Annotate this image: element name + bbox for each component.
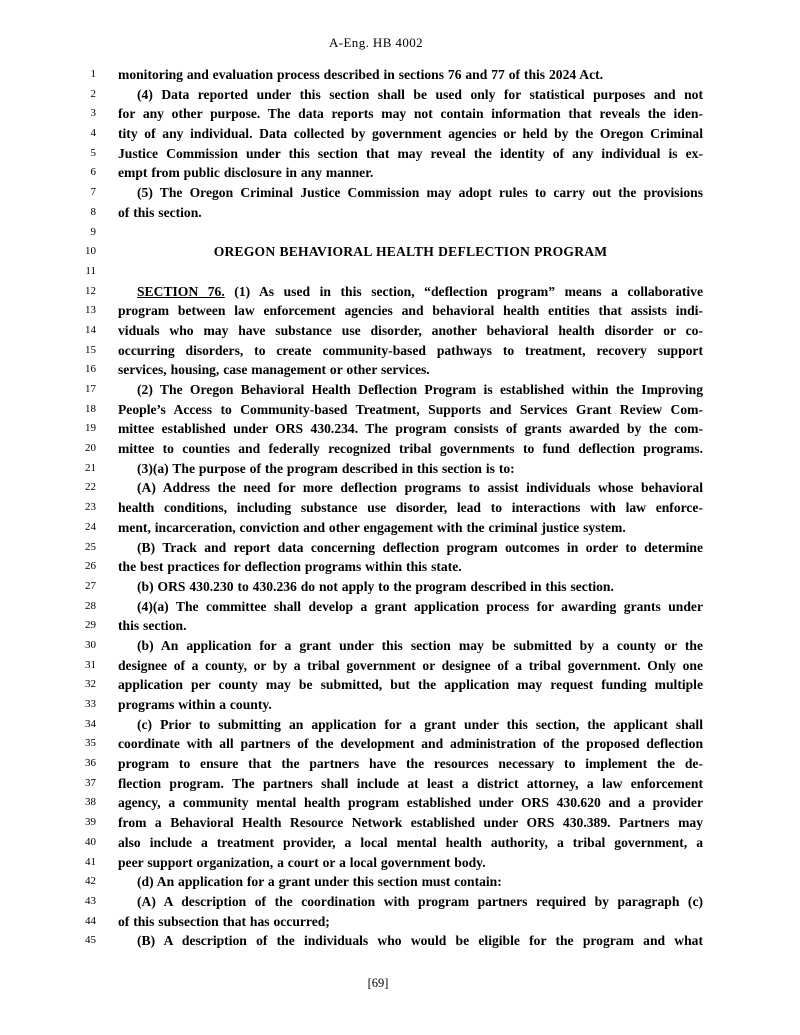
- line-text: flection program. The partners shall inc…: [118, 774, 703, 794]
- line-text: [118, 262, 703, 282]
- line-text: from a Behavioral Health Resource Networ…: [118, 813, 703, 833]
- document-line: 40 also include a treatment provider, a …: [0, 833, 800, 853]
- line-text: (b) An application for a grant under thi…: [118, 636, 703, 656]
- document-line: 23 health conditions, including substanc…: [0, 498, 800, 518]
- line-number: 17: [0, 380, 96, 400]
- line-text: of this section.: [118, 203, 703, 223]
- document-line: 24 ment, incarceration, conviction and o…: [0, 518, 800, 538]
- line-number: 26: [0, 557, 96, 577]
- line-number: 6: [0, 163, 96, 183]
- document-line: 31 designee of a county, or by a tribal …: [0, 656, 800, 676]
- document-lines: 1 monitoring and evaluation process desc…: [0, 65, 800, 951]
- line-text: services, housing, case management or ot…: [118, 360, 703, 380]
- document-line: 26 the best practices for deflection pro…: [0, 557, 800, 577]
- line-text: (d) An application for a grant under thi…: [118, 872, 703, 892]
- line-number: 11: [0, 262, 96, 282]
- document-page: A-Eng. HB 4002 1 monitoring and evaluati…: [0, 0, 800, 1035]
- line-number: 27: [0, 577, 96, 597]
- document-line: 34 (c) Prior to submitting an applicatio…: [0, 715, 800, 735]
- document-line: 8 of this section.: [0, 203, 800, 223]
- line-text: agency, a community mental health progra…: [118, 793, 703, 813]
- document-line: 20 mittee to counties and federally reco…: [0, 439, 800, 459]
- line-text: (4)(a) The committee shall develop a gra…: [118, 597, 703, 617]
- line-text: empt from public disclosure in any manne…: [118, 163, 703, 183]
- line-text: SECTION 76. (1) As used in this section,…: [118, 282, 703, 302]
- document-line: 43 (A) A description of the coordination…: [0, 892, 800, 912]
- document-line: 29 this section.: [0, 616, 800, 636]
- document-line: 10 OREGON BEHAVIORAL HEALTH DEFLECTION P…: [0, 242, 800, 262]
- line-number: 8: [0, 203, 96, 223]
- line-number: 3: [0, 104, 96, 124]
- line-number: 5: [0, 144, 96, 164]
- line-number: 29: [0, 616, 96, 636]
- line-text: (A) A description of the coordination wi…: [118, 892, 703, 912]
- line-number: 44: [0, 912, 96, 932]
- line-text: (2) The Oregon Behavioral Health Deflect…: [118, 380, 703, 400]
- line-text: (A) Address the need for more deflection…: [118, 478, 703, 498]
- line-number: 41: [0, 853, 96, 873]
- line-number: 18: [0, 400, 96, 420]
- line-text: for any other purpose. The data reports …: [118, 104, 703, 124]
- line-text: application per county may be submitted,…: [118, 675, 703, 695]
- line-number: 19: [0, 419, 96, 439]
- line-text: (3)(a) The purpose of the program descri…: [118, 459, 703, 479]
- line-text: mittee to counties and federally recogni…: [118, 439, 703, 459]
- document-line: 30 (b) An application for a grant under …: [0, 636, 800, 656]
- line-number: 31: [0, 656, 96, 676]
- header-title: A-Eng. HB 4002: [329, 35, 423, 50]
- line-number: 42: [0, 872, 96, 892]
- line-text: occurring disorders, to create community…: [118, 341, 703, 361]
- line-text: this section.: [118, 616, 703, 636]
- line-text: peer support organization, a court or a …: [118, 853, 703, 873]
- line-number: 36: [0, 754, 96, 774]
- document-line: 5 Justice Commission under this section …: [0, 144, 800, 164]
- line-text: mittee established under ORS 430.234. Th…: [118, 419, 703, 439]
- document-line: 42 (d) An application for a grant under …: [0, 872, 800, 892]
- line-text: tity of any individual. Data collected b…: [118, 124, 703, 144]
- document-line: 14 viduals who may have substance use di…: [0, 321, 800, 341]
- line-number: 39: [0, 813, 96, 833]
- document-line: 15 occurring disorders, to create commun…: [0, 341, 800, 361]
- line-text: viduals who may have substance use disor…: [118, 321, 703, 341]
- line-number: 1: [0, 65, 96, 85]
- underlined-section-label: SECTION 76.: [137, 284, 225, 299]
- line-number: 14: [0, 321, 96, 341]
- line-text: (B) A description of the individuals who…: [118, 931, 703, 951]
- line-text: programs within a county.: [118, 695, 703, 715]
- document-line: 28 (4)(a) The committee shall develop a …: [0, 597, 800, 617]
- line-number: 35: [0, 734, 96, 754]
- document-line: 9: [0, 223, 800, 243]
- document-line: 6 empt from public disclosure in any man…: [0, 163, 800, 183]
- line-number: 15: [0, 341, 96, 361]
- line-number: 16: [0, 360, 96, 380]
- line-number: 25: [0, 538, 96, 558]
- page-number: [69]: [368, 976, 389, 990]
- document-line: 22 (A) Address the need for more deflect…: [0, 478, 800, 498]
- line-number: 28: [0, 597, 96, 617]
- line-number: 21: [0, 459, 96, 479]
- line-text: (b) ORS 430.230 to 430.236 do not apply …: [118, 577, 703, 597]
- document-line: 33 programs within a county.: [0, 695, 800, 715]
- line-number: 30: [0, 636, 96, 656]
- line-text: designee of a county, or by a tribal gov…: [118, 656, 703, 676]
- line-text: People’s Access to Community-based Treat…: [118, 400, 703, 420]
- line-number: 2: [0, 85, 96, 105]
- document-line: 39 from a Behavioral Health Resource Net…: [0, 813, 800, 833]
- line-number: 38: [0, 793, 96, 813]
- line-number: 40: [0, 833, 96, 853]
- line-text: (4) Data reported under this section sha…: [118, 85, 703, 105]
- line-number: 12: [0, 282, 96, 302]
- document-line: 37 flection program. The partners shall …: [0, 774, 800, 794]
- line-text: the best practices for deflection progra…: [118, 557, 703, 577]
- line-number: 23: [0, 498, 96, 518]
- document-line: 12 SECTION 76. (1) As used in this secti…: [0, 282, 800, 302]
- line-text: program to ensure that the partners have…: [118, 754, 703, 774]
- line-number: 24: [0, 518, 96, 538]
- line-text: (B) Track and report data concerning def…: [118, 538, 703, 558]
- document-line: 25 (B) Track and report data concerning …: [0, 538, 800, 558]
- line-text: of this subsection that has occurred;: [118, 912, 703, 932]
- page-footer: [69]: [0, 976, 756, 991]
- document-line: 44 of this subsection that has occurred;: [0, 912, 800, 932]
- document-line: 1 monitoring and evaluation process desc…: [0, 65, 800, 85]
- line-text: coordinate with all partners of the deve…: [118, 734, 703, 754]
- line-text: monitoring and evaluation process descri…: [118, 65, 703, 85]
- line-number: 45: [0, 931, 96, 951]
- line-number: 9: [0, 223, 96, 243]
- document-line: 21 (3)(a) The purpose of the program des…: [0, 459, 800, 479]
- line-text: health conditions, including substance u…: [118, 498, 703, 518]
- line-text: Justice Commission under this section th…: [118, 144, 703, 164]
- line-number: 34: [0, 715, 96, 735]
- document-line: 27 (b) ORS 430.230 to 430.236 do not app…: [0, 577, 800, 597]
- document-line: 16 services, housing, case management or…: [0, 360, 800, 380]
- document-line: 45 (B) A description of the individuals …: [0, 931, 800, 951]
- line-number: 37: [0, 774, 96, 794]
- line-text: also include a treatment provider, a loc…: [118, 833, 703, 853]
- page-header: A-Eng. HB 4002: [0, 35, 752, 51]
- line-text: OREGON BEHAVIORAL HEALTH DEFLECTION PROG…: [118, 242, 703, 262]
- line-number: 43: [0, 892, 96, 912]
- document-line: 38 agency, a community mental health pro…: [0, 793, 800, 813]
- document-line: 36 program to ensure that the partners h…: [0, 754, 800, 774]
- line-text: (5) The Oregon Criminal Justice Commissi…: [118, 183, 703, 203]
- line-text: program between law enforcement agencies…: [118, 301, 703, 321]
- document-line: 13 program between law enforcement agenc…: [0, 301, 800, 321]
- document-line: 41 peer support organization, a court or…: [0, 853, 800, 873]
- line-number: 4: [0, 124, 96, 144]
- line-text: [118, 223, 703, 243]
- line-number: 20: [0, 439, 96, 459]
- document-line: 7 (5) The Oregon Criminal Justice Commis…: [0, 183, 800, 203]
- document-line: 35 coordinate with all partners of the d…: [0, 734, 800, 754]
- document-line: 3 for any other purpose. The data report…: [0, 104, 800, 124]
- line-number: 13: [0, 301, 96, 321]
- line-number: 33: [0, 695, 96, 715]
- document-line: 32 application per county may be submitt…: [0, 675, 800, 695]
- document-line: 4 tity of any individual. Data collected…: [0, 124, 800, 144]
- document-line: 11: [0, 262, 800, 282]
- document-line: 19 mittee established under ORS 430.234.…: [0, 419, 800, 439]
- document-line: 2 (4) Data reported under this section s…: [0, 85, 800, 105]
- line-number: 22: [0, 478, 96, 498]
- line-number: 32: [0, 675, 96, 695]
- document-line: 18 People’s Access to Community-based Tr…: [0, 400, 800, 420]
- line-number: 10: [0, 242, 96, 262]
- line-text: ment, incarceration, conviction and othe…: [118, 518, 703, 538]
- document-line: 17 (2) The Oregon Behavioral Health Defl…: [0, 380, 800, 400]
- line-text: (c) Prior to submitting an application f…: [118, 715, 703, 735]
- line-number: 7: [0, 183, 96, 203]
